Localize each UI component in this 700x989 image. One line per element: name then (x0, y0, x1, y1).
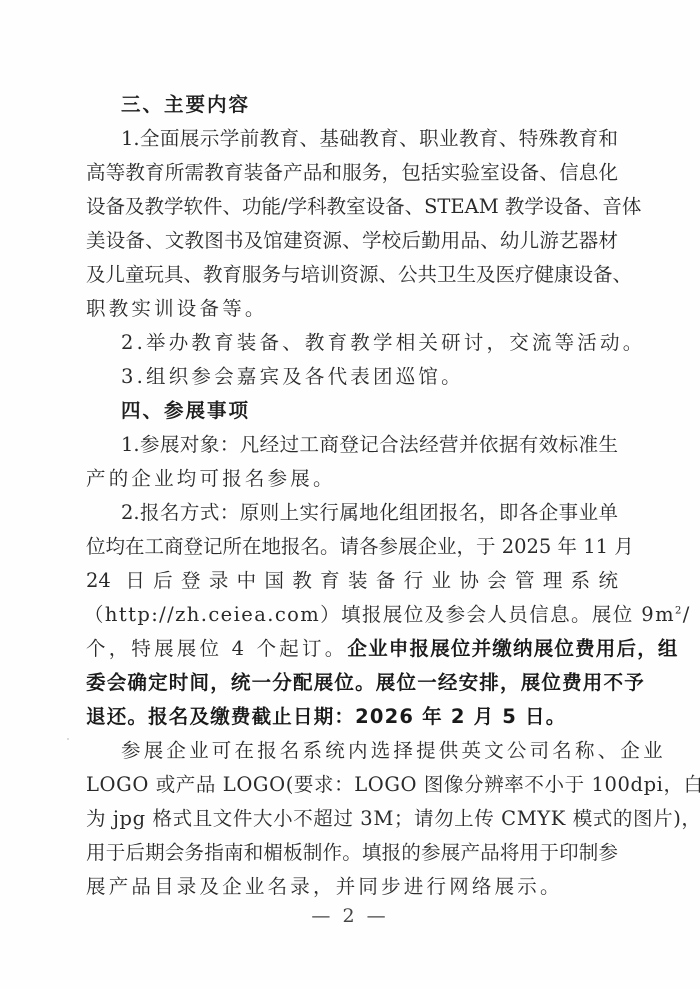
paragraph-line: 展产品目录及企业名录，并同步进行网络展示。 (86, 870, 618, 904)
booth-minimum-text: 个，特展展位 4 个起订。 (86, 637, 347, 660)
paragraph-line-mixed: 个，特展展位 4 个起订。企业申报展位并缴纳展位费用后，组 (86, 632, 618, 666)
paragraph-line: 24 日后登录中国教育装备行业协会管理系统 (86, 564, 618, 598)
paragraph-line: 职教实训设备等。 (86, 292, 618, 326)
paragraph-line: 1.参展对象：凡经过工商登记合法经营并依据有效标准生 (121, 428, 618, 462)
section-heading-main-content: 三、主要内容 (121, 88, 618, 122)
bold-notice-text: 企业申报展位并缴纳展位费用后，组 (347, 637, 678, 660)
paragraph-line: 高等教育所需教育装备产品和服务，包括实验室设备、信息化 (86, 156, 618, 190)
document-page: 三、主要内容 1.全面展示学前教育、基础教育、职业教育、特殊教育和 高等教育所需… (0, 0, 700, 989)
paragraph-line: 3.组织参会嘉宾及各代表团巡馆。 (121, 360, 618, 394)
paragraph-line: LOGO 或产品 LOGO(要求：LOGO 图像分辨率不小于 100dpi，白底… (86, 768, 618, 802)
slash-text: / (683, 603, 691, 626)
paragraph-line: 用于后期会务指南和楣板制作。填报的参展产品将用于印制参 (86, 836, 618, 870)
superscript: 2 (675, 606, 683, 617)
section-heading-exhibition-matters: 四、参展事项 (121, 394, 618, 428)
page-number: — 2 — (0, 905, 700, 927)
paragraph-line: 美设备、文教图书及馆建资源、学校后勤用品、幼儿游艺器材 (86, 224, 618, 258)
bold-notice-line: 委会确定时间，统一分配展位。展位一经安排，展位费用不予 (86, 666, 618, 700)
paragraph-line: 产的企业均可报名参展。 (86, 462, 618, 496)
paragraph-line: 位均在工商登记所在地报名。请各参展企业，于 2025 年 11 月 (86, 530, 618, 564)
paragraph-line: 1.全面展示学前教育、基础教育、职业教育、特殊教育和 (121, 122, 618, 156)
paragraph-line: 参展企业可在报名系统内选择提供英文公司名称、企业 (121, 734, 618, 768)
paragraph-line: 2.举办教育装备、教育教学相关研讨，交流等活动。 (121, 326, 618, 360)
paragraph-line: 设备及教学软件、功能/学科教室设备、STEAM 教学设备、音体 (86, 190, 618, 224)
paragraph-line: 2.报名方式：原则上实行属地化组团报名，即各企事业单 (121, 496, 618, 530)
bold-deadline-line: 退还。报名及缴费截止日期：2026 年 2 月 5 日。 (86, 700, 618, 734)
paragraph-line: 为 jpg 格式且文件大小不超过 3M；请勿上传 CMYK 模式的图片)， (86, 802, 618, 836)
paragraph-line: 及儿童玩具、教育服务与培训资源、公共卫生及医疗健康设备、 (86, 258, 618, 292)
scan-speck (67, 738, 69, 740)
registration-url-text: （http://zh.ceiea.com）填报展位及参会人员信息。展位 9m (84, 603, 675, 626)
paragraph-line-with-url: （http://zh.ceiea.com）填报展位及参会人员信息。展位 9m2/ (84, 598, 616, 632)
